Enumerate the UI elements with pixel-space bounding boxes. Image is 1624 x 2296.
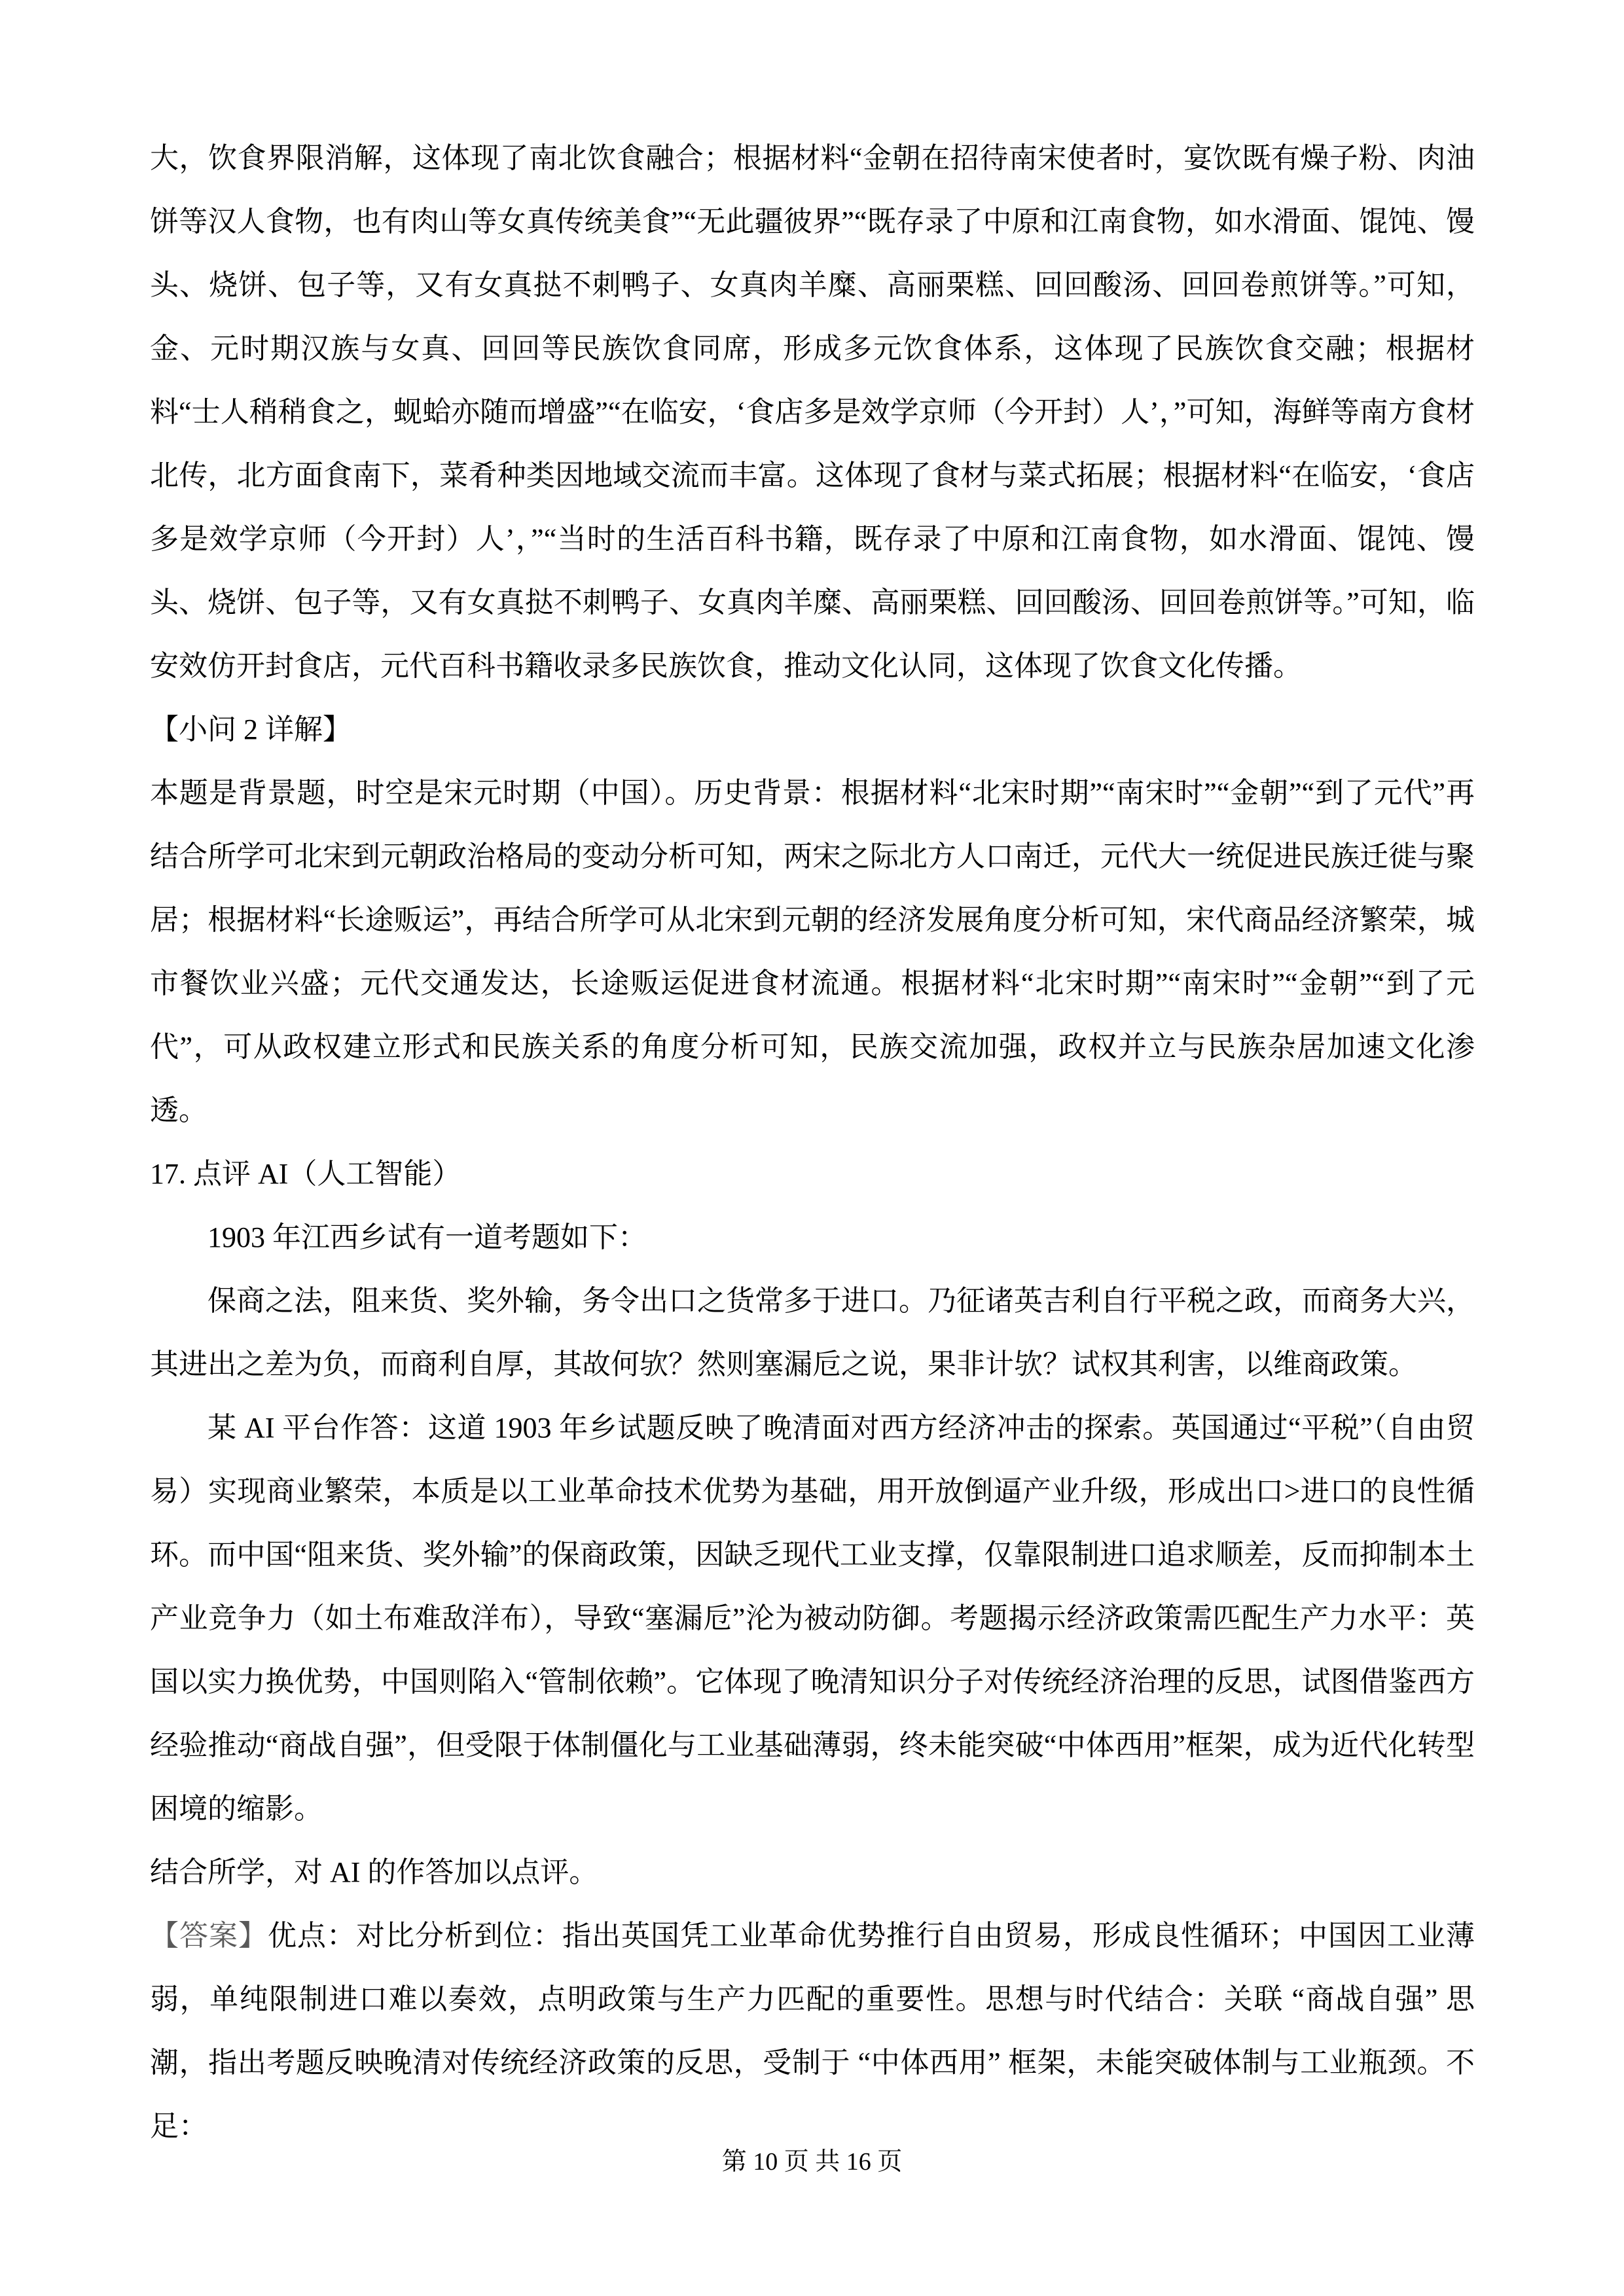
ai-platform-answer: 某 AI 平台作答：这道 1903 年乡试题反映了晚清面对西方经济冲击的探索。英… — [150, 1396, 1475, 1840]
task-instruction-line: 结合所学，对 AI 的作答加以点评。 — [150, 1840, 1475, 1904]
quoted-1903-exam-question: 保商之法，阻来货、奖外输，务令出口之货常多于进口。乃征诸英吉利自行平税之政，而商… — [150, 1269, 1475, 1396]
page-footer-pagination: 第 10 页 共 16 页 — [0, 2145, 1624, 2178]
question-17-title: 17. 点评 AI（人工智能） — [150, 1142, 1475, 1206]
question-17-intro-line: 1903 年江西乡试有一道考题如下： — [150, 1206, 1475, 1269]
answer-label: 【答案】 — [150, 1920, 268, 1952]
paragraph-answer-17: 【答案】优点：对比分析到位：指出英国凭工业革命优势推行自由贸易，形成良性循环；中… — [150, 1904, 1475, 2158]
paragraph-answer1-continuation: 大，饮食界限消解，这体现了南北饮食融合；根据材料“金朝在招待南宋使者时，宴饮既有… — [150, 126, 1475, 698]
answer-text: 优点：对比分析到位：指出英国凭工业革命优势推行自由贸易，形成良性循环；中国因工业… — [150, 1920, 1475, 2142]
paragraph-subquestion2-explanation: 本题是背景题，时空是宋元时期（中国）。历史背景：根据材料“北宋时期”“南宋时”“… — [150, 761, 1475, 1142]
document-page: 大，饮食界限消解，这体现了南北饮食融合；根据材料“金朝在招待南宋使者时，宴饮既有… — [0, 0, 1624, 2296]
page-body-text: 大，饮食界限消解，这体现了南北饮食融合；根据材料“金朝在招待南宋使者时，宴饮既有… — [150, 126, 1475, 2158]
subquestion-2-heading: 【小问 2 详解】 — [150, 698, 1475, 761]
